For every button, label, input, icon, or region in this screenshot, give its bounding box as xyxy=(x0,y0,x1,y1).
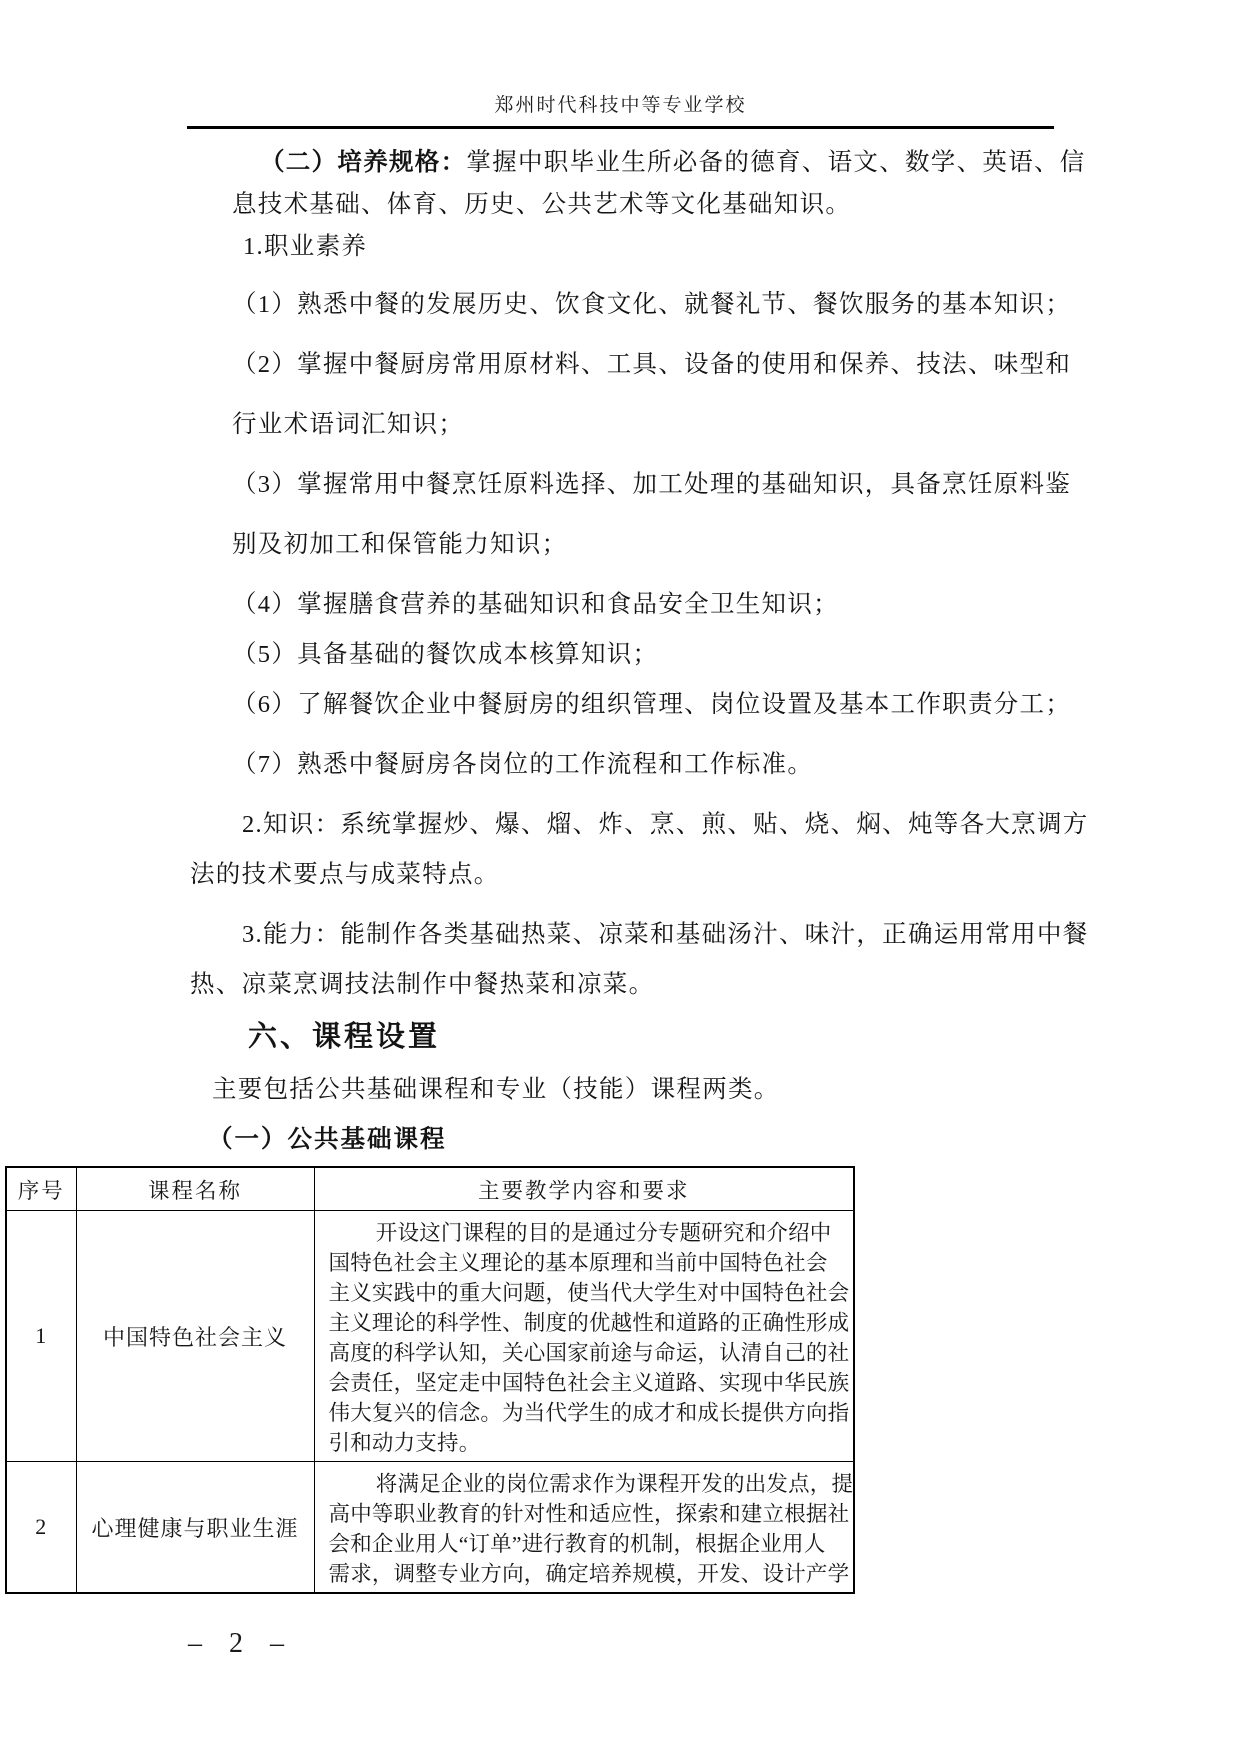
text-run: 2.知识：系统掌握炒、爆、熘、炸、烹、煎、贴、烧、焖、炖等各大烹调方 xyxy=(242,811,1089,838)
course-name-cell: 心理健康与职业生涯 xyxy=(76,1462,314,1594)
content-line: 引和动力支持。 xyxy=(329,1428,846,1458)
text-line: 2.知识：系统掌握炒、爆、熘、炸、烹、煎、贴、烧、焖、炖等各大烹调方 xyxy=(190,812,1065,837)
text-run: （6）了解餐饮企业中餐厨房的组织管理、岗位设置及基本工作职责分工； xyxy=(232,691,1071,718)
courses-table: 序号 课程名称 主要教学内容和要求 1 中国特色社会主义 开设这门课程的目的是通… xyxy=(5,1166,855,1594)
page-number: – 2 – xyxy=(188,1628,1241,1660)
text-line: （1）熟悉中餐的发展历史、饮食文化、就餐礼节、餐饮服务的基本知识； xyxy=(190,292,1065,317)
body-text: （二）培养规格：掌握中职毕业生所必备的德育、语文、数学、英语、信息技术基础、体育… xyxy=(190,150,1065,1152)
text-line: 1.职业素养 xyxy=(190,234,1065,259)
text-line: （2）掌握中餐厨房常用原材料、工具、设备的使用和保养、技法、味型和 xyxy=(190,352,1065,377)
content-line: 开设这门课程的目的是通过分专题研究和介绍中 xyxy=(329,1218,846,1248)
text-line: （二）培养规格：掌握中职毕业生所必备的德育、语文、数学、英语、信 xyxy=(190,150,1065,175)
content-line: 伟大复兴的信念。为当代学生的成才和成长提供方向指 xyxy=(329,1398,846,1428)
text-run: （一）公共基础课程 xyxy=(208,1126,447,1153)
course-name-cell: 中国特色社会主义 xyxy=(76,1211,314,1462)
text-run: （2）掌握中餐厨房常用原材料、工具、设备的使用和保养、技法、味型和 xyxy=(232,351,1071,378)
text-run: 主要包括公共基础课程和专业（技能）课程两类。 xyxy=(212,1076,780,1103)
header-col-course: 课程名称 xyxy=(76,1167,314,1211)
text-line: （一）公共基础课程 xyxy=(190,1127,1065,1152)
row-number-cell: 1 xyxy=(6,1211,76,1462)
course-content-cell: 将满足企业的岗位需求作为课程开发的出发点，提高中等职业教育的针对性和适应性，探索… xyxy=(314,1462,854,1594)
text-run: 3.能力：能制作各类基础热菜、凉菜和基础汤汁、味汁，正确运用常用中餐 xyxy=(242,921,1089,948)
content-line: 会责任，坚定走中国特色社会主义道路、实现中华民族 xyxy=(329,1368,846,1398)
text-run: 六、课程设置 xyxy=(248,1021,440,1053)
course-content-cell: 开设这门课程的目的是通过分专题研究和介绍中国特色社会主义理论的基本原理和当前中国… xyxy=(314,1211,854,1462)
content-line: 主义理论的科学性、制度的优越性和道路的正确性形成 xyxy=(329,1308,846,1338)
text-run: 1.职业素养 xyxy=(243,233,367,260)
header-rule xyxy=(187,126,1054,129)
text-line: （7）熟悉中餐厨房各岗位的工作流程和工作标准。 xyxy=(190,752,1065,777)
text-line: （5）具备基础的餐饮成本核算知识； xyxy=(190,642,1065,667)
page-header: 郑州时代科技中等专业学校 xyxy=(0,0,1241,129)
text-line: 六、课程设置 xyxy=(190,1022,1065,1052)
table-header-row: 序号 课程名称 主要教学内容和要求 xyxy=(6,1167,854,1211)
text-line: （6）了解餐饮企业中餐厨房的组织管理、岗位设置及基本工作职责分工； xyxy=(190,692,1065,717)
content-line: 会和企业用人“订单”进行教育的机制，根据企业用人 xyxy=(329,1529,846,1559)
text-run: （4）掌握膳食营养的基础知识和食品安全卫生知识； xyxy=(232,591,839,618)
content-line: 高中等职业教育的针对性和适应性，探索和建立根据社 xyxy=(329,1499,846,1529)
text-run: 掌握中职毕业生所必备的德育、语文、数学、英语、信 xyxy=(466,149,1085,176)
text-line: 息技术基础、体育、历史、公共艺术等文化基础知识。 xyxy=(190,192,1065,217)
content-line: 高度的科学认知，关心国家前途与命运，认清自己的社 xyxy=(329,1338,846,1368)
bold-run: （二）培养规格： xyxy=(260,149,466,176)
text-run: 法的技术要点与成菜特点。 xyxy=(190,861,500,888)
row-number-cell: 2 xyxy=(6,1462,76,1594)
courses-table-body: 1 中国特色社会主义 开设这门课程的目的是通过分专题研究和介绍中国特色社会主义理… xyxy=(6,1211,854,1594)
text-line: 热、凉菜烹调技法制作中餐热菜和凉菜。 xyxy=(190,972,1065,997)
text-line: 法的技术要点与成菜特点。 xyxy=(190,862,1065,887)
text-run: 息技术基础、体育、历史、公共艺术等文化基础知识。 xyxy=(232,191,851,218)
text-line: 3.能力：能制作各类基础热菜、凉菜和基础汤汁、味汁，正确运用常用中餐 xyxy=(190,922,1065,947)
text-line: （4）掌握膳食营养的基础知识和食品安全卫生知识； xyxy=(190,592,1065,617)
content-line: 需求，调整专业方向，确定培养规模，开发、设计产学 xyxy=(329,1559,846,1589)
text-run: 别及初加工和保管能力知识； xyxy=(232,531,567,558)
text-line: 行业术语词汇知识； xyxy=(190,412,1065,437)
content-line: 主义实践中的重大问题，使当代大学生对中国特色社会 xyxy=(329,1278,846,1308)
text-line: 别及初加工和保管能力知识； xyxy=(190,532,1065,557)
header-title: 郑州时代科技中等专业学校 xyxy=(0,90,1241,117)
table-row: 1 中国特色社会主义 开设这门课程的目的是通过分专题研究和介绍中国特色社会主义理… xyxy=(6,1211,854,1462)
table-row: 2 心理健康与职业生涯 将满足企业的岗位需求作为课程开发的出发点，提高中等职业教… xyxy=(6,1462,854,1594)
text-run: 热、凉菜烹调技法制作中餐热菜和凉菜。 xyxy=(190,971,654,998)
text-run: （7）熟悉中餐厨房各岗位的工作流程和工作标准。 xyxy=(232,751,813,778)
content-line: 国特色社会主义理论的基本原理和当前中国特色社会 xyxy=(329,1248,846,1278)
text-line: （3）掌握常用中餐烹饪原料选择、加工处理的基础知识，具备烹饪原料鉴 xyxy=(190,472,1065,497)
document-page: 郑州时代科技中等专业学校 （二）培养规格：掌握中职毕业生所必备的德育、语文、数学… xyxy=(0,0,1241,1754)
text-line: 主要包括公共基础课程和专业（技能）课程两类。 xyxy=(190,1077,1065,1102)
header-col-number: 序号 xyxy=(6,1167,76,1211)
text-run: （3）掌握常用中餐烹饪原料选择、加工处理的基础知识，具备烹饪原料鉴 xyxy=(232,471,1071,498)
content-line: 将满足企业的岗位需求作为课程开发的出发点，提 xyxy=(329,1469,846,1499)
text-run: 行业术语词汇知识； xyxy=(232,411,464,438)
text-run: （5）具备基础的餐饮成本核算知识； xyxy=(232,641,658,668)
text-run: （1）熟悉中餐的发展历史、饮食文化、就餐礼节、餐饮服务的基本知识； xyxy=(232,291,1071,318)
header-col-content: 主要教学内容和要求 xyxy=(314,1167,854,1211)
